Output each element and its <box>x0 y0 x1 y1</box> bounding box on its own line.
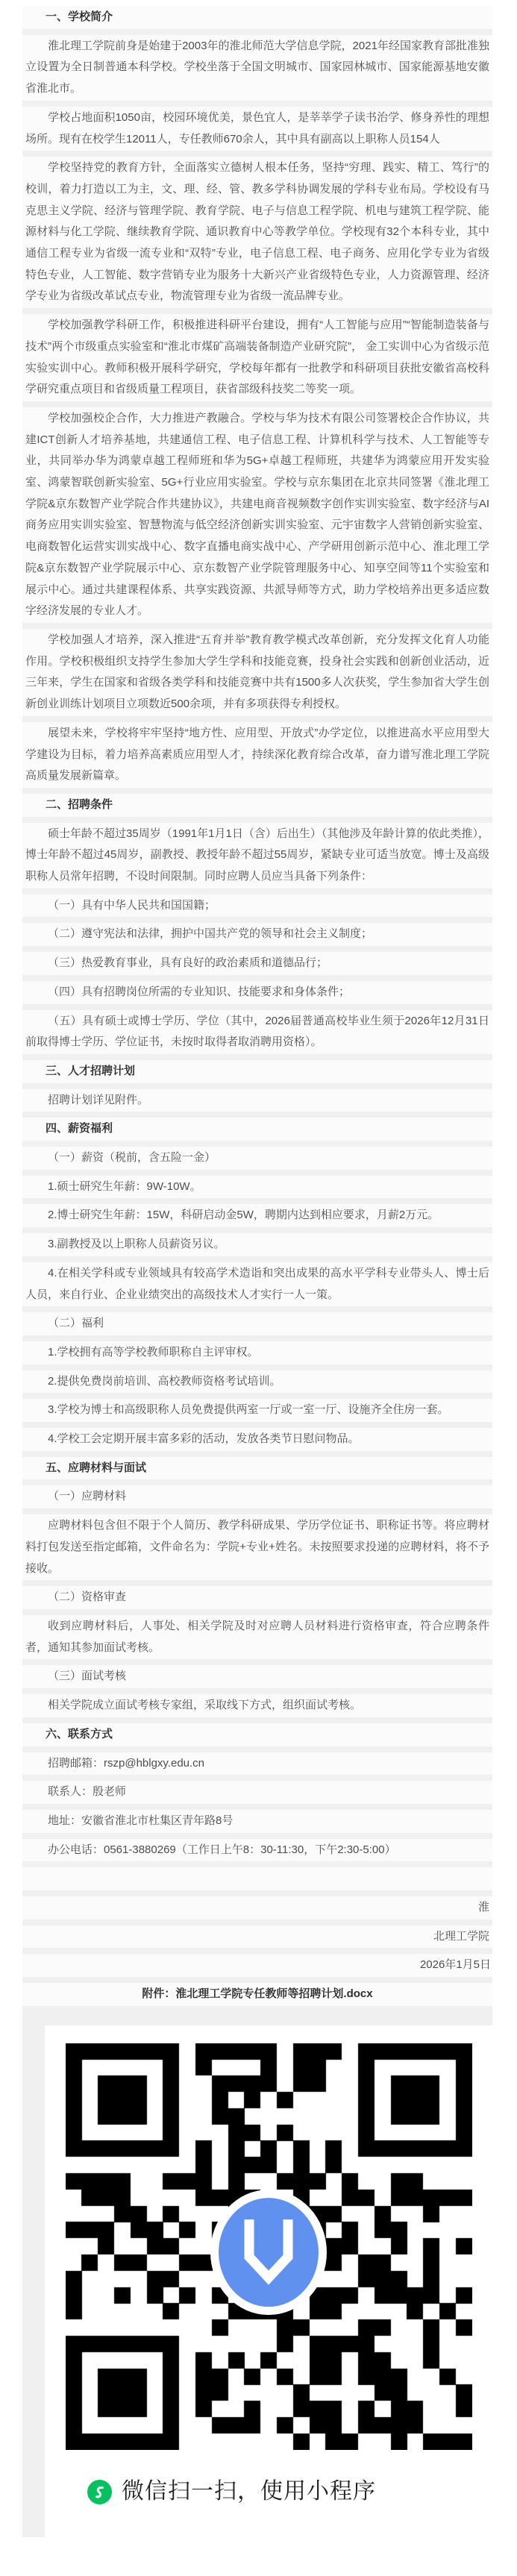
paragraph: 联系人：殷老师 <box>22 1781 492 1804</box>
document: 一、学校简介淮北理工学院前身是始建于2003年的淮北师范大学信息学院，2021年… <box>22 6 492 2537</box>
paragraph: 硕士年龄不超过35周岁（1991年1月1日（含）后出生）（其他涉及年龄计算的依此… <box>22 823 492 889</box>
list-item: （二）遵守宪法和法律，拥护中国共产党的领导和社会主义制度； <box>22 923 492 946</box>
qr-panel: 微信扫一扫，使用小程序 <box>45 2025 492 2537</box>
list-item: （四）具有招聘岗位所需的专业知识、技能要求和身体条件； <box>22 981 492 1004</box>
paragraph: 招聘邮箱：rszp@hblgxy.edu.cn <box>22 1752 492 1776</box>
paragraph: 淮北理工学院前身是始建于2003年的淮北师范大学信息学院，2021年经国家教育部… <box>22 35 492 101</box>
paragraph: 学校加强教学科研工作，积极推进科研平台建设，拥有“人工智能与应用”“智能制造装备… <box>22 314 492 401</box>
list-item: （一）具有中华人民共和国国籍； <box>22 894 492 918</box>
wechat-scan-footer: 微信扫一扫，使用小程序 <box>45 2450 492 2537</box>
miniprogram-widget: 微信扫一扫，使用小程序 <box>22 2025 492 2537</box>
section-heading: 五、应聘材料与面试 <box>22 1457 492 1480</box>
paragraph: 地址：安徽省淮北市杜集区青年路8号 <box>22 1810 492 1833</box>
paragraph: 应聘材料包含但不限于个人简历、教学科研成果、学历学位证书、职称证书等。将应聘材料… <box>22 1514 492 1580</box>
miniprogram-s-icon <box>92 2484 107 2500</box>
paragraph: 办公电话：0561-3880269（工作日上午8：30-11:30，下午2:30… <box>22 1839 492 1862</box>
list-item: 3.副教授及以上职称人员薪资另议。 <box>22 1233 492 1256</box>
paragraph: 学校加强人才培养，深入推进“五育并举”教育教学模式改革创新，充分发挥文化育人功能… <box>22 629 492 716</box>
qr-code <box>66 2025 472 2450</box>
paragraph: 学校坚持党的教育方针，全面落实立德树人根本任务，坚持“穷理、践实、精工、笃行”的… <box>22 157 492 308</box>
section-heading: 二、招聘条件 <box>22 794 492 817</box>
list-item: （五）具有硕士或博士学历、学位（其中，2026届普通高校毕业生须于2026年12… <box>22 1010 492 1054</box>
signature-line: 淮 <box>22 1896 492 1920</box>
w-logo-icon <box>233 2213 304 2291</box>
list-item: 2.博士研究生年薪：15W，科研启动金5W，聘期内达到相应要求，月薪2万元。 <box>22 1204 492 1227</box>
list-item: （一）薪资（税前，含五险一金） <box>22 1147 492 1170</box>
list-item: （二）福利 <box>22 1312 492 1335</box>
wechat-miniprogram-icon <box>87 2480 112 2504</box>
paragraph: 收到应聘材料后，人事处、相关学院及时对应聘人员材料进行资格审查，符合应聘条件者，… <box>22 1615 492 1659</box>
list-item: （一）应聘材料 <box>22 1485 492 1508</box>
page: 一、学校简介淮北理工学院前身是始建于2003年的淮北师范大学信息学院，2021年… <box>0 0 517 2576</box>
list-item: （三）热爱教育事业，具有良好的政治素质和道德品行； <box>22 952 492 975</box>
paragraph: 展望未来，学校将牢牢坚持“地方性、应用型、开放式”办学定位，以推进高水平应用型大… <box>22 722 492 788</box>
list-item: 2.提供免费岗前培训、高校教师资格考试培训。 <box>22 1370 492 1394</box>
bottom-whitespace <box>22 2537 492 2576</box>
paragraph: 学校占地面积1050亩，校园环境优美，景色宜人，是莘莘学子读书治学、修身养性的理… <box>22 107 492 151</box>
section-heading: 三、人才招聘计划 <box>22 1060 492 1083</box>
date-line: 2026年1月5日 <box>22 1954 492 1977</box>
paragraph: 招聘计划详见附件。 <box>22 1089 492 1112</box>
list-item: 1.学校拥有高等学校教师职称自主评审权。 <box>22 1341 492 1364</box>
list-item: （二）资格审查 <box>22 1586 492 1609</box>
section-heading: 一、学校简介 <box>22 6 492 29</box>
list-item: 3.学校为博士和高级职称人员免费提供两室一厅或一室一厅、设施齐全住房一套。 <box>22 1399 492 1422</box>
empty-row <box>22 1867 492 1890</box>
section-heading: 六、联系方式 <box>22 1723 492 1746</box>
list-item: （三）面试考核 <box>22 1665 492 1688</box>
qr-center-logo <box>210 2190 327 2315</box>
section-heading: 四、薪资福利 <box>22 1118 492 1141</box>
signature-line: 北理工学院 <box>22 1925 492 1949</box>
attachment-link[interactable]: 附件：淮北理工学院专任教师等招聘计划.docx <box>22 1983 492 2006</box>
paragraph: 相关学院成立面试考核专家组，采取线下方式，组织面试考核。 <box>22 1694 492 1717</box>
list-item: 4.学校工会定期开展丰富多彩的活动，发放各类节日慰问物品。 <box>22 1428 492 1451</box>
list-item: 1.硕士研究生年薪：9W-10W。 <box>22 1176 492 1199</box>
paragraph: 学校加强校企合作，大力推进产教融合。学校与华为技术有限公司签署校企合作协议，共建… <box>22 407 492 623</box>
list-item: 4.在相关学科或专业领域具有较高学术造诣和突出成果的高水平学科专业带头人、博士后… <box>22 1262 492 1306</box>
scan-hint-label: 微信扫一扫，使用小程序 <box>122 2481 376 2503</box>
